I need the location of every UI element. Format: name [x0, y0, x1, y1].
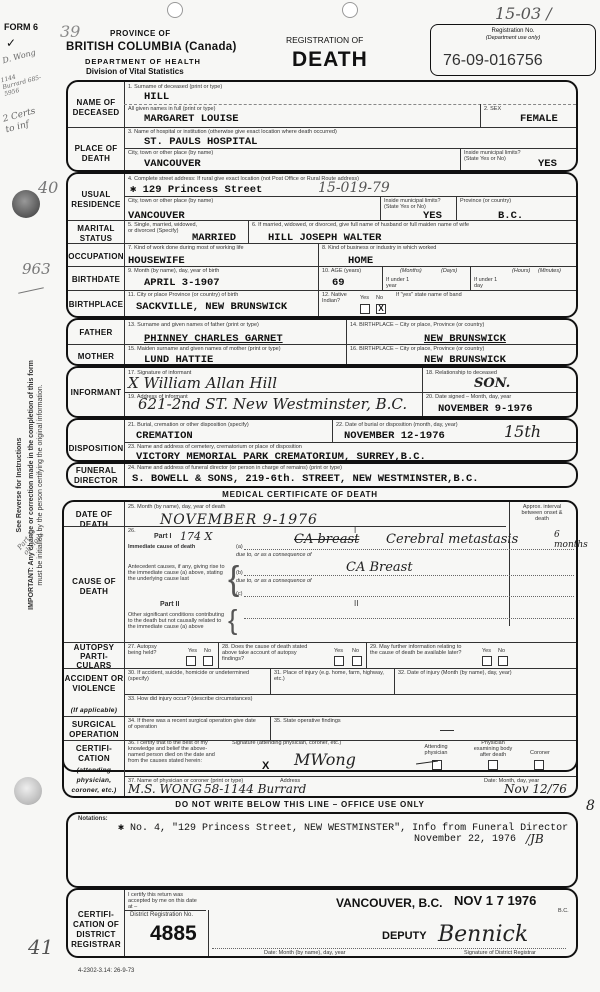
punch-hole-left-1 [12, 190, 40, 218]
findings-no: No [352, 648, 359, 654]
divider [208, 910, 209, 956]
field-8-label: 8. Kind of business or industry in which… [322, 245, 436, 251]
field-father-birthplace: NEW BRUNSWICK [424, 333, 506, 345]
native-yes-label: Yes [360, 295, 369, 301]
divider [270, 668, 271, 694]
field-28-label: 28. Does the cause of death stated above… [222, 644, 312, 662]
margin-note-header-number: 39 [60, 22, 80, 41]
registrar-signature-label: Signature of District Registrar [464, 950, 536, 956]
field-35-label: 35. State operative findings [274, 718, 341, 724]
field-33-label: 33. How did injury occur? (describe circ… [128, 696, 252, 702]
checkmark: ✓ [6, 36, 16, 50]
divider [394, 668, 395, 694]
further-no-checkbox[interactable] [498, 656, 508, 666]
reg-no-value: 76-09-016756 [443, 52, 543, 70]
cause-a-value: Cerebral metastasis [386, 532, 518, 547]
informant-section: INFORMANT 17. Signature of informant X W… [66, 366, 578, 418]
under-day-label: If under 1 day [474, 277, 502, 289]
field-birthplace: SACKVILLE, NEW BRUNSWICK [136, 301, 287, 313]
autopsy-no-checkbox[interactable] [203, 656, 213, 666]
field-25-label: 25. Month (by name), day, year of death [128, 504, 225, 510]
notation-initials: /JB [526, 832, 544, 846]
findings-yes-checkbox[interactable] [334, 656, 344, 666]
label-birthplace: BIRTHPLACE [68, 300, 124, 310]
days-label: (Days) [441, 268, 457, 274]
form-number: FORM 6 [4, 22, 38, 32]
field-14-label: 14. BIRTHPLACE – City or place, Province… [350, 322, 484, 328]
margin-dash [18, 287, 44, 293]
field-27-label: 27. Autopsy being held? [128, 644, 170, 656]
field-surname: HILL [144, 91, 169, 103]
handwritten-file-number: 15-03 / [495, 4, 552, 23]
native-no-label: No [376, 295, 383, 301]
row-divider [68, 290, 576, 291]
field-relationship: SON. [474, 376, 510, 391]
label-divider [124, 420, 125, 460]
margin-note-963: 963 [22, 260, 51, 278]
attending-label: Attending physician [418, 744, 454, 756]
field-mother-name: LUND HATTIE [144, 354, 213, 366]
field-22-label: 22. Date of burial or disposition (month… [336, 422, 458, 428]
reg-no-sublabel: (Department use only) [431, 35, 595, 41]
signature-label: Signature (attending physician, coroner,… [232, 740, 341, 746]
important-note-2: must be initialled by the person certify… [36, 325, 45, 645]
label-accident: ACCIDENT OR VIOLENCE [64, 674, 124, 694]
divider [346, 320, 347, 364]
cause-a-label: (a) [236, 544, 243, 550]
label-autopsy: AUTOPSY PARTI- CULARS [64, 643, 124, 670]
label-funeral-director: FUNERAL DIRECTOR [68, 466, 124, 486]
inside-divider [460, 148, 461, 170]
see-reverse-text: See Reverse for Instructions [15, 325, 24, 645]
reg-no-label: Registration No. [431, 28, 595, 34]
label-certification: CERTIFI- CATION [64, 744, 124, 764]
divider [332, 420, 333, 442]
field-20-label: 20. Date signed – Month, day, year [426, 394, 511, 400]
due-to-a: due to, or as a consequence of [236, 552, 312, 558]
cause-b-value: CA Breast [346, 560, 413, 575]
divider [248, 220, 249, 243]
physician-name: M.S. WONG [128, 782, 202, 796]
row-divider [124, 694, 576, 695]
label-accident-sub: (If applicable) [64, 706, 124, 716]
district-registrar-section: CERTIFI- CATION OF DISTRICT REGISTRAR I … [66, 888, 578, 958]
field-6-label: 6. If married, widowed, or divorced, giv… [252, 222, 469, 228]
cause-b-label: (b) [236, 570, 243, 576]
field-birthdate: APRIL 3-1907 [144, 277, 220, 289]
part-1-label: Part I [154, 534, 172, 540]
margin-note-doctor: D. Wong [1, 48, 36, 65]
city-label: City, town or other place (by name) [128, 150, 213, 156]
field-11-label: 11. City or place Province (or country) … [128, 292, 238, 298]
divider [218, 642, 219, 668]
divider [382, 266, 383, 290]
part-2-line [244, 618, 574, 619]
field-2-label: 2. SEX [484, 106, 501, 112]
punch-hole-top-1 [167, 2, 183, 18]
document-title: DEATH [292, 48, 368, 72]
notations-label: Notations: [78, 816, 108, 822]
divider [318, 290, 319, 316]
field-informant-address: 621-2nd ST. New Westminster, B.C. [138, 395, 407, 413]
row-divider [64, 642, 576, 643]
row-divider [68, 243, 576, 244]
further-no: No [498, 648, 505, 654]
district-reg-label: District Registration No. [130, 912, 193, 918]
field-26-label: 26. [128, 528, 136, 534]
divider [380, 196, 381, 220]
label-birthdate: BIRTHDATE [68, 275, 124, 285]
field-23-label: 23. Name and address of cemetery, cremat… [128, 444, 302, 450]
margin-note-40: 40 [38, 178, 58, 197]
field-city-of-death: VANCOUVER [144, 158, 201, 170]
side-instructions: See Reverse for Instructions IMPORTANT: … [15, 325, 45, 645]
field-disposition-date: NOVEMBER 12-1976 [344, 430, 445, 442]
punch-hole-top-2 [342, 2, 358, 18]
row-divider [68, 266, 576, 267]
margin-note-certs: 2 Certs to inf [2, 106, 42, 137]
physician-address: 58-1144 Burrard [204, 782, 306, 796]
field-24-label: 24. Name and address of funeral director… [128, 465, 342, 471]
field-date-signed: NOVEMBER 9-1976 [438, 403, 533, 415]
cause-b-line [244, 575, 574, 576]
field-disposition: CREMATION [136, 430, 193, 442]
brace: { [228, 606, 237, 634]
field-10-label: 10. AGE (years) [322, 268, 361, 274]
examining-label: Physician examining body after death [468, 740, 518, 758]
row-divider [124, 442, 576, 443]
medical-certificate-title: MEDICAL CERTIFICATE OF DEATH [0, 490, 600, 499]
row-divider [68, 127, 576, 128]
field-12-label: 12. Native Indian? [322, 292, 352, 304]
field-36-label: 36. I certify that to the best of my kno… [128, 740, 218, 764]
field-13-label: 13. Surname and given names of father (p… [128, 322, 259, 328]
field-15-label: 15. Maiden surname and given names of mo… [128, 346, 281, 352]
province-of: PROVINCE OF [110, 29, 171, 38]
field-21-label: 21. Burial, cremation or other dispositi… [128, 422, 249, 428]
parents-section: FATHER MOTHER 13. Surname and given name… [66, 318, 578, 366]
findings-no-checkbox[interactable] [352, 656, 362, 666]
given-names-label: All given names in full (print or type) [128, 106, 215, 112]
label-marital-status: MARITAL STATUS [68, 224, 124, 244]
margin-note-address: 1144 Burrard 685-5956 [0, 67, 44, 98]
label-divider [124, 464, 125, 486]
divider [456, 196, 457, 220]
dash-mark [440, 730, 454, 731]
field-29-label: 29. May further information relating to … [370, 644, 470, 656]
field-inside-limits: YES [538, 158, 557, 170]
notation-date: November 22, 1976 [414, 834, 516, 845]
divider [270, 716, 271, 740]
further-yes: Yes [482, 648, 491, 654]
field-32-label: 32. Date of injury (Month (by name), day… [398, 670, 512, 676]
coroner-label: Coroner [530, 750, 550, 756]
field-5-label: 5. Single, married, widowed, or divorced… [128, 222, 198, 234]
row-divider [64, 668, 576, 669]
field-father-name: PHINNEY CHARLES GARNET [144, 333, 283, 345]
signature-x: X [262, 760, 269, 772]
field-1-label: 1. Surname of deceased (print or type) [128, 84, 222, 90]
interval-label: Approx. interval between onset & death [514, 504, 570, 522]
autopsy-no: No [204, 648, 211, 654]
medical-certificate-section: DATE OF DEATH 25. Month (by name), day, … [62, 500, 578, 772]
hours-label: (Hours) [512, 268, 530, 274]
footer-form-code: 4-2302-3.14: 26-9-73 [78, 968, 134, 974]
funeral-director-section: FUNERAL DIRECTOR 24. Name and address of… [66, 462, 578, 488]
autopsy-yes: Yes [188, 648, 197, 654]
label-divider [124, 320, 125, 364]
label-mother: MOTHER [68, 352, 124, 362]
label-disposition: DISPOSITION [68, 444, 124, 454]
row-divider [124, 196, 576, 197]
field-9-label: 9. Month (by name), day, year of birth [128, 268, 219, 274]
field-given-names: MARGARET LOUISE [144, 113, 239, 125]
label-certification-sub: (attending physician, coroner, etc.) [64, 766, 124, 796]
band-label: If "yes" state name of band [396, 292, 462, 298]
row-divider [124, 776, 576, 777]
native-yes-checkbox[interactable] [360, 304, 370, 314]
date-label: Date: Month (by name), day, year [264, 950, 346, 956]
registrar-signature: Bennick [438, 922, 528, 947]
label-date-of-death: DATE OF DEATH [64, 510, 124, 530]
registrar-bc: B.C. [558, 908, 569, 914]
label-divider [124, 738, 125, 796]
field-age: 69 [332, 277, 345, 289]
field-funeral-director: S. BOWELL & SONS, 219-6th. STREET, NEW W… [132, 473, 479, 485]
handwritten-address-code: 15-019-79 [318, 180, 390, 196]
registrar-place-stamp: VANCOUVER, B.C. [336, 896, 442, 910]
row-divider [64, 716, 576, 717]
part-2-label: Part II [160, 602, 179, 608]
col-ii-marker: II [354, 601, 358, 607]
field-30-label: 30. If accident, suicide, homicide or un… [128, 670, 258, 682]
row-divider [68, 220, 576, 221]
divider [470, 266, 471, 290]
inside-limits-label: Inside municipal limits? (State Yes or N… [464, 150, 524, 162]
informant-signature: X William Allan Hill [128, 374, 277, 392]
district-reg-number: 4885 [150, 922, 197, 946]
cause-a-line [244, 549, 574, 550]
label-father: FATHER [68, 328, 124, 338]
sex-divider [480, 104, 481, 127]
important-note: IMPORTANT: Any change or correction made… [27, 325, 36, 645]
registrar-cert-label: I certify this return was accepted by me… [128, 892, 202, 910]
res-inside-label: Inside municipal limits? (State Yes or N… [384, 198, 444, 210]
division: Division of Vital Statistics [86, 67, 184, 76]
cause-c-label: (c) [236, 591, 242, 597]
divider [318, 266, 319, 290]
deceased-name-section: NAME OF DECEASED PLACE OF DEATH 1. Surna… [66, 80, 578, 172]
deputy-stamp: DEPUTY [382, 930, 427, 942]
examining-checkbox[interactable] [488, 760, 498, 770]
antecedent-label: Antecedent causes, if any, giving rise t… [128, 564, 228, 582]
row-divider [124, 104, 576, 105]
margin-mark-8: 8 [586, 798, 595, 814]
field-3-label: 3. Name of hospital or institution (othe… [128, 129, 337, 135]
divider [318, 243, 319, 266]
registrar-date-stamp: NOV 1 7 1976 [454, 893, 536, 908]
row-divider [124, 910, 206, 911]
margin-note-41: 41 [28, 935, 53, 959]
notation-text: ✱ No. 4, "129 Princess Street, NEW WESTM… [118, 822, 568, 834]
date-line [212, 948, 566, 949]
field-7-label: 7. Kind of work done during most of work… [128, 245, 244, 251]
row-divider [124, 392, 576, 393]
notations-section: Notations: ✱ No. 4, "129 Princess Street… [66, 812, 578, 888]
coroner-checkbox[interactable] [534, 760, 544, 770]
interval-column-divider [509, 502, 510, 626]
field-sex: FEMALE [520, 113, 558, 125]
findings-yes: Yes [334, 648, 343, 654]
province-label: Province (or country) [460, 198, 511, 204]
further-yes-checkbox[interactable] [482, 656, 492, 666]
handwritten-disposition-date: 15th [504, 422, 541, 441]
label-informant: INFORMANT [68, 388, 124, 398]
row-divider [124, 148, 576, 149]
field-34-label: 34. If there was a recent surgical opera… [128, 718, 258, 730]
physician-signature: MWong [294, 750, 356, 769]
res-city-label: City, town or other place (by name) [128, 198, 213, 204]
disposition-section: DISPOSITION 21. Burial, cremation or oth… [66, 418, 578, 462]
field-31-label: 31. Place of injury (e.g. home, farm, hi… [274, 670, 384, 682]
cause-a-interval: 6 months [554, 530, 588, 550]
label-cause-of-death: CAUSE OF DEATH [64, 577, 124, 597]
label-divider [124, 890, 125, 956]
province-name: BRITISH COLUMBIA (Canada) [66, 41, 237, 53]
row-divider [64, 526, 506, 527]
registration-number-box: Registration No. (Department use only) 7… [430, 24, 596, 76]
department: DEPARTMENT OF HEALTH [85, 57, 201, 66]
field-16-label: 16. BIRTHPLACE – City or place, Province… [350, 346, 484, 352]
due-to-b: due to, or as a consequence of [236, 578, 312, 584]
label-occupation: OCCUPATION [68, 252, 124, 262]
residence-section: USUAL RESIDENCE 4. Complete street addre… [66, 172, 578, 318]
label-place-of-death: PLACE OF DEATH [68, 144, 124, 164]
label-divider [124, 502, 125, 770]
divider [366, 642, 367, 668]
under-year-label: If under 1 year [386, 277, 414, 289]
autopsy-yes-checkbox[interactable] [186, 656, 196, 666]
label-district-registrar: CERTIFI- CATION OF DISTRICT REGISTRAR [68, 910, 124, 950]
registration-of: REGISTRATION OF [286, 35, 363, 45]
field-mother-birthplace: NEW BRUNSWICK [424, 354, 506, 366]
cause-a-struck: CA breast [294, 532, 359, 547]
part-1-note: 174 X [180, 530, 212, 543]
immediate-cause-label: Immediate cause of death [128, 544, 195, 550]
certification-section: CERTIFI- CATION (attending physician, co… [62, 738, 578, 798]
label-name-of-deceased: NAME OF DECEASED [68, 98, 124, 118]
native-no-checkbox[interactable]: X [376, 304, 386, 314]
other-conditions-label: Other significant conditions contributin… [128, 612, 228, 630]
label-usual-residence: USUAL RESIDENCE [68, 190, 124, 210]
minutes-label: (Minutes) [538, 268, 561, 274]
label-divider [124, 82, 125, 170]
months-label: (Months) [400, 268, 422, 274]
field-street-address: ✱ 129 Princess Street [130, 183, 262, 196]
office-use-banner: DO NOT WRITE BELOW THIS LINE – OFFICE US… [0, 800, 600, 809]
cert-date-value: Nov 12/76 [504, 782, 567, 796]
label-surgical: SURGICAL OPERATION [64, 720, 124, 740]
field-hospital: ST. PAULS HOSPITAL [144, 136, 257, 148]
cause-c-line [244, 596, 574, 597]
